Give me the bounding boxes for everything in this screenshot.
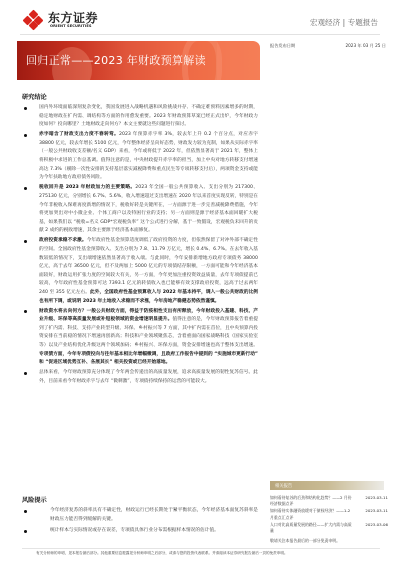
related-report-title[interactable]: 人口对比高质量发展的路径——扩大内需与高质量 [270, 522, 352, 534]
conclusion-item: 赤字暗含了财政支出力度不春转弯。2023 年预算赤字率 3%，较去年上升 0.2… [22, 131, 258, 183]
risk-text: 统计样本与实际情况或存在误差，专项债具体行业分布需根据样本情况的估计值。 [50, 528, 219, 533]
footer-divider [22, 548, 380, 549]
bullet-icon [24, 240, 27, 243]
related-report-date: 2023-03-11 [365, 495, 388, 501]
bullet-icon [24, 530, 27, 533]
risk-item: 统计样本与实际情况或存在误差，专项债具体行业分布需根据样本情况的估计值。 [22, 527, 258, 536]
logo-mark-icon [24, 11, 42, 29]
related-report-title[interactable]: 如何看待实体融资放缓对于债权经济？——1-2 月重点汇点评 [270, 508, 352, 520]
related-reports: 相关报告 如何看待复苏的后劲和结构化趋势？——2 月份经济数据点评 2023-0… [270, 481, 392, 544]
related-report-link[interactable]: 如何看待复苏的后劲和结构化趋势？——2 月份经济数据点评 2023-03-11 [270, 495, 390, 507]
footer-disclaimer: 有关分析师的申明，见本报告最后部分。其他重要信息披露见分析师申明之后部分，或请与… [36, 551, 288, 556]
related-reports-list: 如何看待复苏的后劲和结构化趋势？——2 月份经济数据点评 2023-03-11 … [270, 495, 392, 534]
conclusion-text: 2023 年预算赤字率 3%，较去年上升 0.2 个百分点，对应赤字 38800… [39, 132, 258, 180]
report-header: 东方证券 ORIENT SECURITIES 宏观经济 | 专题报告 [0, 0, 400, 36]
related-report-link[interactable]: 如何看待实体融资放缓对于债权经济？——1-2 月重点汇点评 2023-03-11 [270, 508, 390, 520]
related-reports-header: 相关报告 [270, 481, 384, 490]
bullet-icon [24, 372, 27, 375]
conclusion-lead: 赤字暗含了财政支出力度不春转弯。 [39, 132, 119, 137]
publish-date-value: 2023 年 03 月 25 日 [345, 43, 386, 49]
title-banner: 回归正常——2023 年财政预算解读 [17, 41, 260, 80]
bullet-icon [24, 134, 27, 137]
bullet-icon [24, 510, 27, 513]
section-title-risk: 风险提示 [22, 495, 258, 504]
bullet-icon [24, 310, 27, 313]
risk-text: 今年经济复苏的斜率具有不确定性，财政运行已经长期处于紧平衡状态，今年经济基本面复… [50, 508, 258, 522]
orient-securities-logo: 东方证券 ORIENT SECURITIES [24, 9, 114, 31]
risk-warnings: 风险提示 今年经济复苏的斜率具有不确定性，财政运行已经长期处于紧平衡状态，今年经… [22, 495, 258, 539]
report-title: 回归正常——2023 年财政预算解读 [26, 52, 206, 68]
conclusion-lead: 税收回升是 2023 年财政加力的主要策略。 [39, 185, 135, 190]
bullet-icon [24, 107, 27, 110]
report-category: 宏观经济 | 专题报告 [310, 17, 378, 28]
logo-text-en: ORIENT SECURITIES [50, 24, 92, 28]
conclusion-item: 财政资水将去向何方？一般公共财政方面，得益于防疫相性支出有所释放，今年财政投入基… [22, 308, 258, 368]
disclaimer-note: 敬请关注本报告最后的一部分免责申明。 [270, 538, 392, 544]
conclusion-text: 今年政府性基金预算适度调低了政府投资的力度，但依然保留了对冲外部不确定性的空间。… [39, 238, 258, 295]
research-conclusions: 研究结论 国内外环境面临深刻复杂变化，我国发展进入战略机遇和风险挑战并存、不确定… [22, 92, 258, 388]
related-report-date: 2023-03-06 [365, 522, 388, 528]
conclusion-bold-tail: 专项债方面，今年专项债投向与往年基本相比年增幅微调，且政府工作报告中提到的 “实… [39, 352, 258, 366]
conclusion-lead: 政府投资承稳不求激。 [39, 238, 87, 243]
risk-item: 今年经济复苏的斜率具有不确定性，财政运行已经长期处于紧平衡状态，今年经济基本面复… [22, 507, 258, 524]
conclusion-item: 政府投资承稳不求激。今年政府性基金预算适度调低了政府投资的力度，但依然保留了对冲… [22, 237, 258, 306]
banner-decoration [217, 41, 260, 80]
conclusion-item: 总体来看，今年财政预算充分体现了今年两会传递出的高质量发展，追求高质量发展的韧性… [22, 369, 258, 386]
conclusion-text: 总体来看，今年财政预算充分体现了今年两会传递出的高质量发展，追求高质量发展的韧性… [39, 370, 258, 384]
conclusion-text: 2023 年全国一般公共预算收入、支出分别为 217300、275130 亿元，… [39, 185, 258, 233]
related-report-title[interactable]: 如何看待复苏的后劲和结构化趋势？——2 月份经济数据点评 [270, 495, 352, 507]
related-reports-title: 相关报告 [275, 483, 292, 489]
conclusion-text: 国内外环境面临深刻复杂变化，我国发展进入战略机遇和风险挑战并存、不确定难预料因素… [39, 105, 258, 127]
publish-date-label: 报告发布日期 [270, 43, 295, 49]
conclusion-item: 税收回升是 2023 年财政加力的主要策略。2023 年全国一般公共预算收入、支… [22, 184, 258, 236]
related-report-date: 2023-03-11 [365, 508, 388, 514]
bullet-icon [24, 187, 27, 190]
conclusion-item: 国内外环境面临深刻复杂变化，我国发展进入战略机遇和风险挑战并存、不确定难预料因素… [22, 104, 258, 130]
related-report-link[interactable]: 人口对比高质量发展的路径——扩大内需与高质量 2023-03-06 [270, 522, 390, 534]
header-divider [20, 34, 380, 35]
section-title-conclusions: 研究结论 [22, 92, 258, 101]
